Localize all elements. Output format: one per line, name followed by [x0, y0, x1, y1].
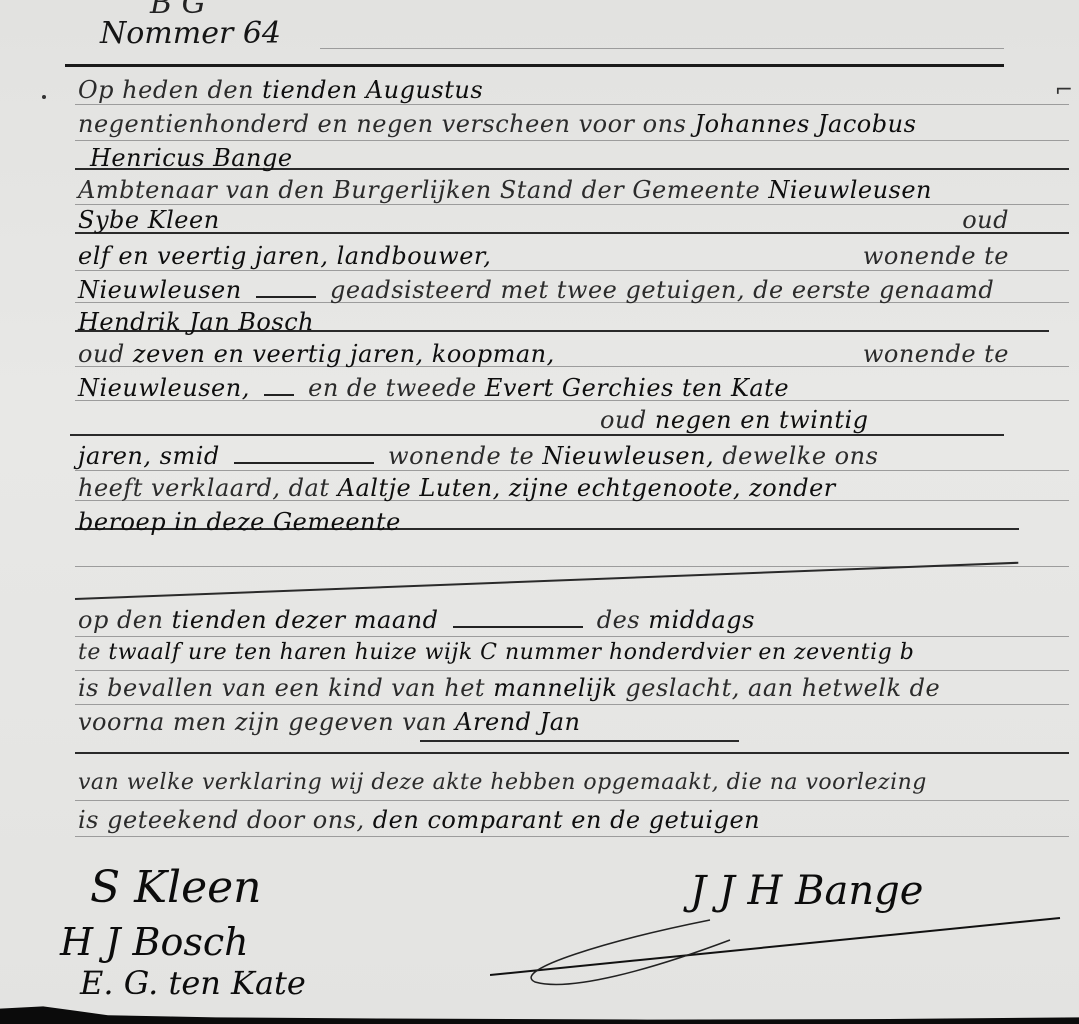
- ink-dot: [42, 95, 46, 99]
- register-page: ⌐ B G Nommer 64 Op heden den tienden Aug…: [0, 0, 1079, 1024]
- rule: [75, 752, 1069, 754]
- signature-flourish: [490, 900, 1070, 990]
- text-line: oud negen en twintig: [600, 406, 1009, 446]
- rule: [75, 562, 1018, 600]
- torn-edge: [0, 1002, 1079, 1024]
- signature-comparant: S Kleen: [90, 862, 262, 913]
- signature-witness-1: H J Bosch: [60, 920, 249, 964]
- text-line: is geteekend door ons, den comparant en …: [78, 806, 1009, 846]
- text-line: Sybe Kleen oud: [78, 206, 1009, 246]
- text-line: voorna men zijn gegeven van Arend Jan: [78, 708, 1009, 748]
- signature-witness-2: E. G. ten Kate: [80, 964, 306, 1002]
- record-number: Nommer 64: [100, 16, 281, 51]
- text-line: beroep in deze Gemeente: [78, 508, 1009, 548]
- header-divider: [65, 64, 1004, 67]
- margin-mark: ⌐: [1055, 78, 1073, 103]
- text-line: van welke verklaring wij deze akte hebbe…: [78, 770, 1009, 810]
- rule: [320, 48, 1004, 49]
